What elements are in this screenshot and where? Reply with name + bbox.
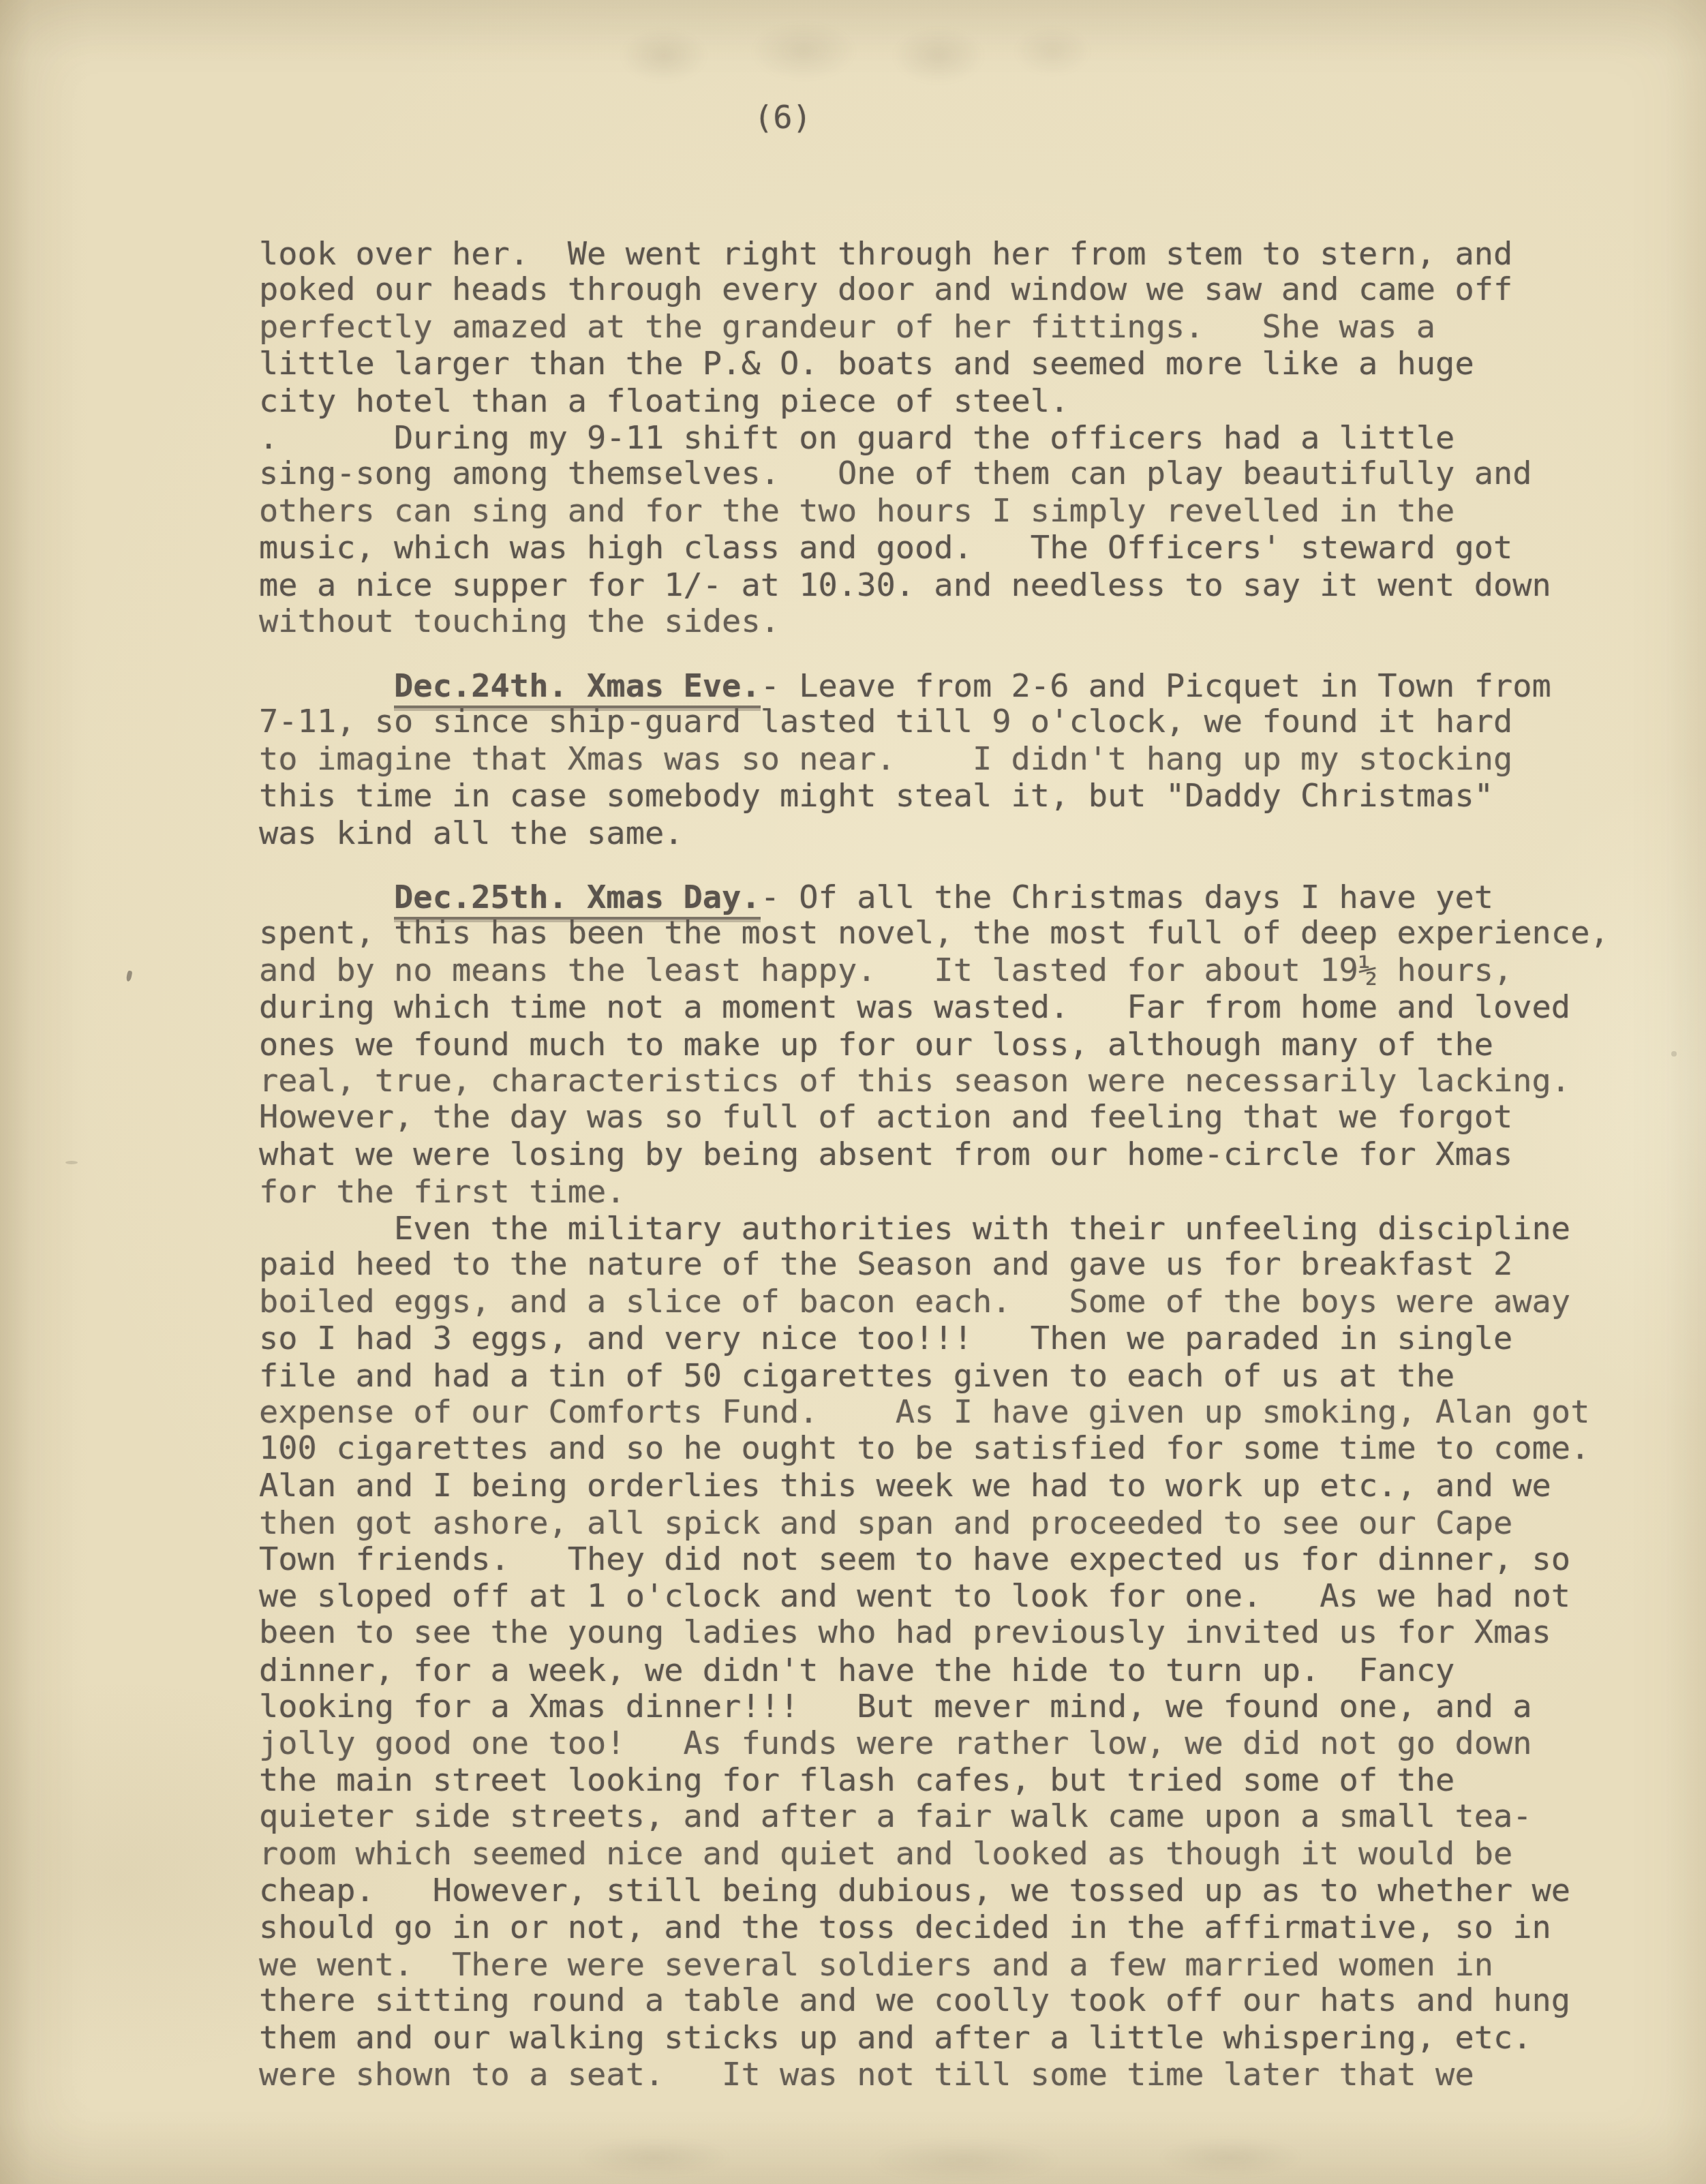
text-line: city hotel than a floating piece of stee… <box>259 383 1670 420</box>
ink-bleed-through-top <box>586 7 1104 95</box>
text-segment: looking for a Xmas dinner!!! But mever m… <box>259 1688 1532 1725</box>
text-segment: jolly good one too! As funds were rather… <box>259 1725 1532 1762</box>
text-line: Alan and I being orderlies this week we … <box>259 1468 1670 1504</box>
text-segment: were shown to a seat. It was not till so… <box>259 2056 1474 2093</box>
text-segment: . During my 9-11 shift on guard the offi… <box>259 419 1454 457</box>
text-segment: Town friends. They did not seem to have … <box>259 1541 1570 1578</box>
text-segment: me a nice supper for 1/- at 10.30. and n… <box>259 566 1551 604</box>
text-segment: look over her. We went right through her… <box>259 235 1512 273</box>
text-segment: sing-song among themselves. One of them … <box>259 455 1532 492</box>
text-line: spent, this has been the most novel, the… <box>259 915 1670 952</box>
text-segment: - Leave from 2-6 and Picquet in Town fro… <box>761 667 1551 705</box>
date-heading-underlined: Dec.25th. Xmas Day. <box>394 879 761 920</box>
text-segment: for the first time. <box>259 1173 626 1211</box>
text-segment: so I had 3 eggs, and very nice too!!! Th… <box>259 1320 1512 1357</box>
text-segment: 100 cigarettes and so he ought to be sat… <box>259 1429 1589 1467</box>
text-line: during which time not a moment was waste… <box>259 989 1670 1026</box>
text-line: been to see the young ladies who had pre… <box>259 1614 1670 1651</box>
text-segment: However, the day was so full of action a… <box>259 1098 1512 1136</box>
text-segment: during which time not a moment was waste… <box>259 988 1570 1026</box>
text-line: we went. There were several soldiers and… <box>259 1947 1670 1984</box>
page-number: (6) <box>754 100 812 136</box>
ink-speck <box>65 1161 78 1164</box>
text-segment: real, true, characteristics of this seas… <box>259 1062 1570 1099</box>
text-segment: what we were losing by being absent from… <box>259 1136 1512 1173</box>
text-line: Dec.24th. Xmas Eve.- Leave from 2-6 and … <box>259 668 1670 705</box>
text-line: 100 cigarettes and so he ought to be sat… <box>259 1430 1670 1467</box>
text-segment: boiled eggs, and a slice of bacon each. … <box>259 1283 1570 1320</box>
text-segment: file and had a tin of 50 cigarettes give… <box>259 1357 1454 1395</box>
text-segment: Alan and I being orderlies this week we … <box>259 1467 1551 1504</box>
text-line: this time in case somebody might steal i… <box>259 778 1670 815</box>
text-segment: Even the military authorities with their… <box>259 1210 1570 1247</box>
text-segment: without touching the sides. <box>259 603 780 640</box>
text-segment: then got ashore, all spick and span and … <box>259 1504 1512 1542</box>
text-line: there sitting round a table and we cooll… <box>259 1982 1670 2019</box>
text-line: ones we found much to make up for our lo… <box>259 1027 1670 1063</box>
text-segment: 7-11, so since ship-guard lasted till 9 … <box>259 703 1512 740</box>
text-line: dinner, for a week, we didn't have the h… <box>259 1652 1670 1689</box>
text-segment <box>259 667 394 705</box>
text-segment: others can sing and for the two hours I … <box>259 492 1454 530</box>
text-line: music, which was high class and good. Th… <box>259 530 1670 566</box>
text-segment <box>259 879 394 916</box>
text-segment: music, which was high class and good. Th… <box>259 529 1512 566</box>
text-segment: dinner, for a week, we didn't have the h… <box>259 1652 1454 1689</box>
text-segment: was kind all the same. <box>259 815 684 852</box>
typewritten-diary-page: (6) look over her. We went right through… <box>0 0 1706 2184</box>
text-line: the main street looking for flash cafes,… <box>259 1762 1670 1799</box>
text-line: was kind all the same. <box>259 815 1670 852</box>
text-line: without touching the sides. <box>259 603 1670 640</box>
text-segment: there sitting round a table and we cooll… <box>259 1982 1570 2019</box>
text-line: others can sing and for the two hours I … <box>259 493 1670 530</box>
text-segment: paid heed to the nature of the Season an… <box>259 1245 1512 1283</box>
ink-speck <box>125 970 132 982</box>
text-line: should go in or not, and the toss decide… <box>259 1909 1670 1946</box>
text-segment: room which seemed nice and quiet and loo… <box>259 1835 1512 1872</box>
text-segment: to imagine that Xmas was so near. I didn… <box>259 740 1512 778</box>
ink-speck <box>1671 1051 1677 1057</box>
text-segment: cheap. However, still being dubious, we … <box>259 1872 1570 1909</box>
text-line: real, true, characteristics of this seas… <box>259 1063 1670 1099</box>
text-line: file and had a tin of 50 cigarettes give… <box>259 1358 1670 1395</box>
text-segment: this time in case somebody might steal i… <box>259 777 1493 815</box>
text-segment: should go in or not, and the toss decide… <box>259 1909 1551 1946</box>
text-line: for the first time. <box>259 1174 1670 1211</box>
ink-bleed-through-bottom <box>477 2127 1363 2184</box>
date-heading-underlined: Dec.24th. Xmas Eve. <box>394 667 761 708</box>
text-segment: the main street looking for flash cafes,… <box>259 1761 1454 1799</box>
text-line: then got ashore, all spick and span and … <box>259 1505 1670 1542</box>
text-line: perfectly amazed at the grandeur of her … <box>259 309 1670 346</box>
paragraph: . During my 9-11 shift on guard the offi… <box>259 419 1670 640</box>
paragraph: Dec.25th. Xmas Day.- Of all the Christma… <box>259 879 1670 1210</box>
text-segment: we went. There were several soldiers and… <box>259 1946 1493 1984</box>
paragraph: Dec.24th. Xmas Eve.- Leave from 2-6 and … <box>259 667 1670 851</box>
text-segment: ones we found much to make up for our lo… <box>259 1026 1493 1063</box>
text-segment: perfectly amazed at the grandeur of her … <box>259 308 1435 346</box>
text-segment: and by no means the least happy. It last… <box>259 952 1512 989</box>
text-line: paid heed to the nature of the Season an… <box>259 1246 1670 1283</box>
text-segment: quieter side streets, and after a fair w… <box>259 1798 1532 1835</box>
text-segment: city hotel than a floating piece of stee… <box>259 382 1069 420</box>
document-body: look over her. We went right through her… <box>259 235 1670 2093</box>
text-line: jolly good one too! As funds were rather… <box>259 1725 1670 1762</box>
text-line: room which seemed nice and quiet and loo… <box>259 1836 1670 1872</box>
text-line: expense of our Comforts Fund. As I have … <box>259 1394 1670 1431</box>
text-line: quieter side streets, and after a fair w… <box>259 1798 1670 1835</box>
text-segment: poked our heads through every door and w… <box>259 271 1512 308</box>
text-segment: been to see the young ladies who had pre… <box>259 1613 1551 1651</box>
text-segment: spent, this has been the most novel, the… <box>259 914 1609 952</box>
text-line: cheap. However, still being dubious, we … <box>259 1872 1670 1909</box>
text-segment: them and our walking sticks up and after… <box>259 2019 1532 2057</box>
text-line: boiled eggs, and a slice of bacon each. … <box>259 1284 1670 1320</box>
text-line: sing-song among themselves. One of them … <box>259 455 1670 492</box>
text-line: look over her. We went right through her… <box>259 236 1670 273</box>
text-line: Dec.25th. Xmas Day.- Of all the Christma… <box>259 879 1670 916</box>
text-segment: - Of all the Christmas days I have yet <box>761 879 1493 916</box>
text-line: me a nice supper for 1/- at 10.30. and n… <box>259 567 1670 604</box>
paragraph: Even the military authorities with their… <box>259 1210 1670 2093</box>
text-line: little larger than the P.& O. boats and … <box>259 346 1670 382</box>
text-line: to imagine that Xmas was so near. I didn… <box>259 741 1670 778</box>
text-line: Even the military authorities with their… <box>259 1211 1670 1247</box>
text-line: . During my 9-11 shift on guard the offi… <box>259 420 1670 457</box>
text-segment: we sloped off at 1 o'clock and went to l… <box>259 1577 1570 1615</box>
text-line: and by no means the least happy. It last… <box>259 952 1670 989</box>
text-line: we sloped off at 1 o'clock and went to l… <box>259 1578 1670 1615</box>
text-segment: expense of our Comforts Fund. As I have … <box>259 1393 1589 1431</box>
text-line: However, the day was so full of action a… <box>259 1099 1670 1136</box>
text-line: poked our heads through every door and w… <box>259 271 1670 308</box>
text-line: so I had 3 eggs, and very nice too!!! Th… <box>259 1320 1670 1357</box>
text-line: looking for a Xmas dinner!!! But mever m… <box>259 1688 1670 1725</box>
text-line: them and our walking sticks up and after… <box>259 2020 1670 2057</box>
text-line: Town friends. They did not seem to have … <box>259 1541 1670 1578</box>
paragraph: look over her. We went right through her… <box>259 235 1670 419</box>
text-segment: little larger than the P.& O. boats and … <box>259 345 1474 382</box>
text-line: what we were losing by being absent from… <box>259 1136 1670 1173</box>
text-line: 7-11, so since ship-guard lasted till 9 … <box>259 703 1670 740</box>
text-line: were shown to a seat. It was not till so… <box>259 2057 1670 2093</box>
